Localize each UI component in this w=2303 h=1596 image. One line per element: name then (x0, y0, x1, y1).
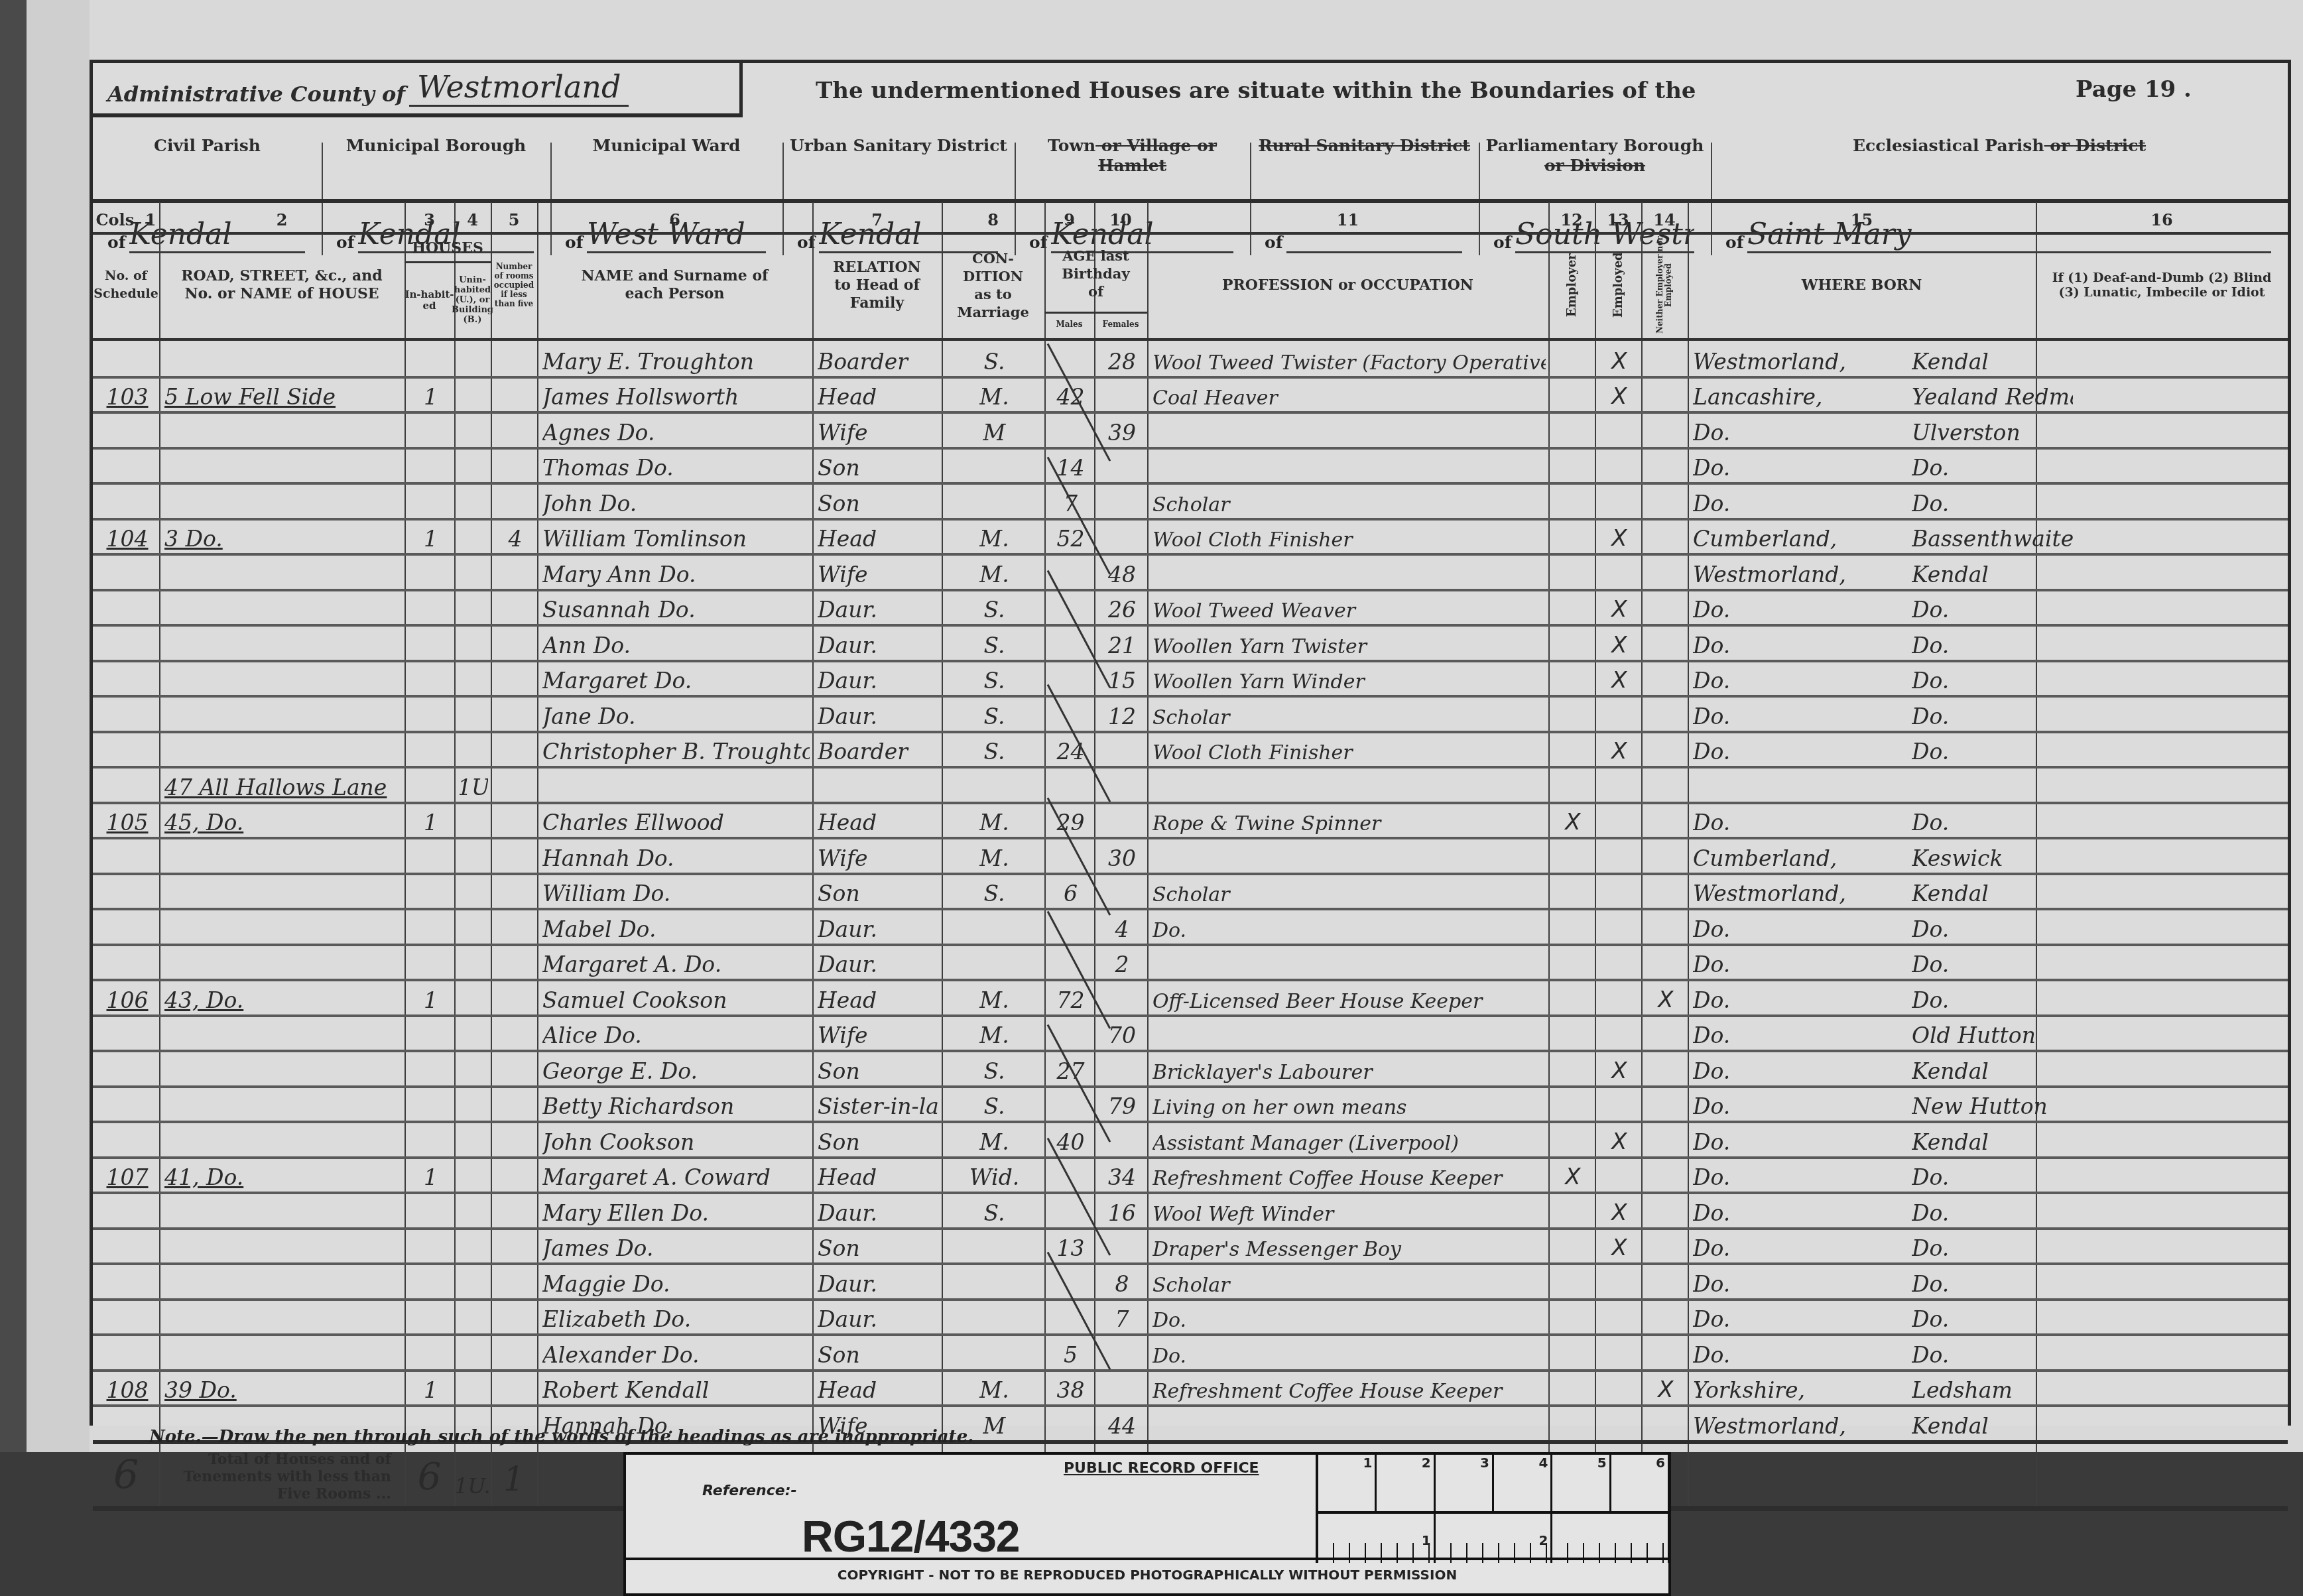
header-condition: CON-DITION as to Marriage (942, 235, 1044, 335)
male-age (1050, 1017, 1091, 1053)
occupation (1152, 414, 1546, 450)
male-age: 72 (1050, 981, 1091, 1017)
occupation (1152, 768, 1546, 804)
male-age: 42 (1050, 379, 1091, 414)
employer-mark (1554, 946, 1592, 982)
ruler-inch-mark: 2 (1436, 1514, 1553, 1563)
birth-county: Cumberland, (1693, 839, 1904, 875)
census-form: Administrative County of Westmorland The… (90, 60, 2291, 1426)
relation-to-head: Son (818, 1052, 939, 1088)
column-number: 11 (1147, 210, 1548, 229)
neither-mark (1647, 804, 1685, 840)
uninhabited-mark (460, 839, 488, 875)
male-age: 38 (1050, 1372, 1091, 1408)
uninhabited-mark (460, 343, 488, 379)
employer-mark (1554, 379, 1592, 414)
marital-condition (947, 1265, 1042, 1301)
relation-to-head: Daur. (818, 1265, 939, 1301)
employer-mark (1554, 733, 1592, 769)
schedule-number (98, 1194, 156, 1230)
birth-county: Do. (1693, 414, 1904, 450)
male-age (1050, 1301, 1091, 1337)
employer-mark (1554, 1230, 1592, 1266)
birth-place: Do. (1912, 450, 2073, 485)
neither-mark (1647, 662, 1685, 698)
neither-mark (1647, 1407, 1685, 1443)
table-row: 10839 Do.1Robert KendallHeadM.38Refreshm… (93, 1372, 2288, 1408)
marital-condition: M. (947, 804, 1042, 840)
uninhabited-mark (460, 1123, 488, 1159)
rooms-count (496, 910, 534, 946)
schedule-number (98, 662, 156, 698)
rooms-count (496, 946, 534, 982)
rooms-count (496, 768, 534, 804)
uninhabited-mark (460, 1017, 488, 1053)
employer-mark (1554, 627, 1592, 662)
uninhabited-mark (460, 450, 488, 485)
person-name: William Tomlinson (542, 521, 810, 556)
inhabited-count (410, 839, 452, 875)
marital-condition (947, 1301, 1042, 1337)
schedule-number: 103 (98, 379, 156, 414)
inhabited-count (410, 1194, 452, 1230)
table-row: Mary Ann Do.WifeM.48Westmorland,Kendal (93, 556, 2288, 591)
employed-mark (1600, 1265, 1639, 1301)
person-name: Alice Do. (542, 1017, 810, 1053)
relation-to-head: Head (818, 1159, 939, 1195)
rooms-count (496, 1301, 534, 1337)
road-address (164, 875, 402, 911)
total-rooms: 1 (491, 1449, 537, 1503)
road-address: 5 Low Fell Side (164, 379, 402, 414)
inhabited-count (410, 698, 452, 733)
footnote: Note.—Draw the pen through such of the w… (149, 1427, 973, 1447)
employer-mark (1554, 1407, 1592, 1443)
ruler-cm-mark: 6 (1611, 1455, 1670, 1511)
person-name: Mary E. Troughton (542, 343, 810, 379)
birth-place: Do. (1912, 591, 2073, 627)
person-name: Mary Ann Do. (542, 556, 810, 591)
marital-condition: M. (947, 839, 1042, 875)
employer-mark (1554, 414, 1592, 450)
employed-mark (1600, 556, 1639, 591)
column-number: Cols. 1 (93, 210, 159, 229)
birth-county: Do. (1693, 485, 1904, 521)
table-row: Mary E. TroughtonBoarderS.28Wool Tweed T… (93, 343, 2288, 379)
occupation: Wool Tweed Twister (Factory Operative) (1152, 343, 1546, 379)
inhabited-count (410, 662, 452, 698)
boundary-label-text: Ecclesiastical Parish (1853, 136, 2044, 155)
rooms-count: 4 (496, 521, 534, 556)
inhabited-count (410, 768, 452, 804)
birth-county: Westmorland, (1693, 1407, 1904, 1443)
boundary-label-text: Municipal Borough (346, 136, 527, 155)
schedule-number (98, 1265, 156, 1301)
census-table: Cols. 12345678910111213141516No. of Sche… (93, 202, 2288, 1509)
relation-to-head: Daur. (818, 946, 939, 982)
occupation: Wool Cloth Finisher (1152, 733, 1546, 769)
employer-mark (1554, 591, 1592, 627)
person-name: Mabel Do. (542, 910, 810, 946)
schedule-number: 104 (98, 521, 156, 556)
employed-mark (1600, 1407, 1639, 1443)
employer-mark (1554, 1088, 1592, 1124)
relation-to-head: Wife (818, 1017, 939, 1053)
table-row: Margaret A. Do.Daur.2Do.Do. (93, 946, 2288, 982)
inhabited-count (410, 450, 452, 485)
employed-mark (1600, 804, 1639, 840)
employed-mark (1600, 1336, 1639, 1372)
female-age (1099, 379, 1145, 414)
male-age: 24 (1050, 733, 1091, 769)
occupation: Living on her own means (1152, 1088, 1546, 1124)
birth-county: Westmorland, (1693, 556, 1904, 591)
male-age: 13 (1050, 1230, 1091, 1266)
male-age: 6 (1050, 875, 1091, 911)
road-address: 47 All Hallows Lane (164, 768, 402, 804)
birth-place: Kendal (1912, 1052, 2073, 1088)
birth-place (1912, 768, 2073, 804)
occupation: Woollen Yarn Twister (1152, 627, 1546, 662)
employer-mark (1554, 1052, 1592, 1088)
employed-mark (1600, 946, 1639, 982)
employed-mark: X (1600, 1052, 1639, 1088)
employed-mark (1600, 910, 1639, 946)
employer-mark (1554, 521, 1592, 556)
reference-label: Reference:- (702, 1483, 797, 1499)
marital-condition: M. (947, 1123, 1042, 1159)
birth-place: Keswick (1912, 839, 2073, 875)
table-row: Betty RichardsonSister-in-lawS.79Living … (93, 1088, 2288, 1124)
birth-place: Bassenthwaite (1912, 521, 2073, 556)
birth-county (1693, 768, 1904, 804)
person-name: Alexander Do. (542, 1336, 810, 1372)
birth-place: Ulverston (1912, 414, 2073, 450)
occupation (1152, 450, 1546, 485)
boundary-label-text: Municipal Ward (593, 136, 741, 155)
inhabited-count (410, 627, 452, 662)
column-number: 13 (1595, 210, 1641, 229)
uninhabited-mark (460, 1052, 488, 1088)
birth-county: Do. (1693, 1336, 1904, 1372)
county-label: Administrative County of (107, 82, 405, 107)
person-name: Charles Ellwood (542, 804, 810, 840)
boundary-label: Municipal Ward (550, 136, 782, 156)
road-address: 41, Do. (164, 1159, 402, 1195)
neither-mark (1647, 591, 1685, 627)
table-row: Elizabeth Do.Daur.7Do.Do.Do. (93, 1301, 2288, 1337)
person-name: Hannah Do. (542, 839, 810, 875)
schedule-number (98, 450, 156, 485)
boundary-label-text: Urban Sanitary District (790, 136, 1007, 155)
scale-ruler: 123456 12 (1316, 1455, 1670, 1563)
column-number: 16 (2036, 210, 2288, 229)
neither-mark (1647, 1301, 1685, 1337)
table-row: Ann Do.Daur.S.21Woollen Yarn TwisterXDo.… (93, 627, 2288, 662)
table-row: Alice Do.WifeM.70Do.Old Hutton (93, 1017, 2288, 1053)
female-age (1099, 768, 1145, 804)
column-number: 14 (1641, 210, 1688, 229)
birth-place: Do. (1912, 1194, 2073, 1230)
relation-to-head: Son (818, 1123, 939, 1159)
occupation (1152, 1017, 1546, 1053)
relation-to-head: Head (818, 981, 939, 1017)
employer-mark (1554, 1194, 1592, 1230)
employer-mark (1554, 875, 1592, 911)
road-address (164, 1088, 402, 1124)
ruler-inch-mark (1552, 1514, 1670, 1563)
header-relation: RELATION to Head of Family (812, 235, 942, 335)
birth-county: Do. (1693, 1194, 1904, 1230)
person-name: George E. Do. (542, 1052, 810, 1088)
column-number: 4 (454, 210, 491, 229)
rooms-count (496, 981, 534, 1017)
marital-condition: M. (947, 521, 1042, 556)
header-rooms: Number of rooms occupied if less than fi… (491, 235, 537, 335)
birth-place: Do. (1912, 1301, 2073, 1337)
employer-mark (1554, 1372, 1592, 1408)
relation-to-head: Daur. (818, 910, 939, 946)
marital-condition: S. (947, 1194, 1042, 1230)
employed-mark (1600, 414, 1639, 450)
marital-condition: Wid. (947, 1159, 1042, 1195)
female-age (1099, 981, 1145, 1017)
table-row: Maggie Do.Daur.8ScholarDo.Do. (93, 1265, 2288, 1301)
schedule-number (98, 485, 156, 521)
birth-place: Do. (1912, 946, 2073, 982)
uninhabited-mark (460, 804, 488, 840)
reference-slip: PUBLIC RECORD OFFICE Reference:- RG12/43… (623, 1452, 1671, 1596)
male-age (1050, 414, 1091, 450)
uninhabited-mark (460, 1194, 488, 1230)
relation-to-head: Head (818, 521, 939, 556)
employed-mark (1600, 839, 1639, 875)
male-age (1050, 591, 1091, 627)
reference-number: RG12/4332 (802, 1511, 1020, 1562)
birth-county: Westmorland, (1693, 343, 1904, 379)
schedule-number: 106 (98, 981, 156, 1017)
employed-mark: X (1600, 343, 1639, 379)
person-name: Jane Do. (542, 698, 810, 733)
employer-mark (1554, 343, 1592, 379)
table-row: Susannah Do.Daur.S.26Wool Tweed WeaverXD… (93, 591, 2288, 627)
census-page: 85 Administrative County of Westmorland … (0, 0, 2303, 1452)
occupation: Rope & Twine Spinner (1152, 804, 1546, 840)
schedule-number (98, 875, 156, 911)
rooms-count (496, 591, 534, 627)
occupation: Bricklayer's Labourer (1152, 1052, 1546, 1088)
neither-mark (1647, 521, 1685, 556)
relation-to-head: Wife (818, 556, 939, 591)
column-number: 5 (491, 210, 537, 229)
employed-mark (1600, 981, 1639, 1017)
female-age (1099, 1372, 1145, 1408)
ruler-cm-mark: 2 (1377, 1455, 1435, 1511)
road-address: 43, Do. (164, 981, 402, 1017)
rooms-count (496, 662, 534, 698)
inhabited-count (410, 591, 452, 627)
inhabited-count (410, 485, 452, 521)
table-row: Mabel Do.Daur.4Do.Do.Do. (93, 910, 2288, 946)
person-name: Ann Do. (542, 627, 810, 662)
schedule-number (98, 1017, 156, 1053)
birth-county: Do. (1693, 804, 1904, 840)
birth-place: Do. (1912, 1230, 2073, 1266)
relation-to-head: Daur. (818, 1301, 939, 1337)
male-age (1050, 662, 1091, 698)
uninhabited-mark (460, 875, 488, 911)
neither-mark (1647, 1052, 1685, 1088)
boundary-label-struck: or District (2044, 136, 2147, 155)
occupation: Draper's Messenger Boy (1152, 1230, 1546, 1266)
marital-condition: M (947, 414, 1042, 450)
schedule-number (98, 1407, 156, 1443)
boundary-label: Rural Sanitary District (1250, 136, 1479, 156)
birth-county: Do. (1693, 1017, 1904, 1053)
employer-mark: X (1554, 804, 1592, 840)
employer-mark (1554, 1265, 1592, 1301)
neither-mark (1647, 875, 1685, 911)
boundary-label-text: Civil Parish (154, 136, 261, 155)
road-address (164, 1336, 402, 1372)
person-name: John Do. (542, 485, 810, 521)
inhabited-count: 1 (410, 1372, 452, 1408)
neither-mark (1647, 379, 1685, 414)
marital-condition: S. (947, 733, 1042, 769)
uninhabited-mark (460, 556, 488, 591)
road-address (164, 450, 402, 485)
employer-mark (1554, 556, 1592, 591)
ruler-inch-mark: 1 (1318, 1514, 1436, 1563)
female-age: 8 (1099, 1265, 1145, 1301)
neither-mark (1647, 1088, 1685, 1124)
uninhabited-mark (460, 414, 488, 450)
relation-to-head: Head (818, 804, 939, 840)
rooms-count (496, 839, 534, 875)
birth-place: Do. (1912, 804, 2073, 840)
table-row: John CooksonSonM.40Assistant Manager (Li… (93, 1123, 2288, 1159)
column-number: 2 (159, 210, 405, 229)
occupation: Refreshment Coffee House Keeper (1152, 1159, 1546, 1195)
total-uninhabited: 1U. (454, 1449, 491, 1503)
birth-place: Do. (1912, 1265, 2073, 1301)
total-inhabited: 6 (405, 1449, 454, 1503)
road-address (164, 839, 402, 875)
female-age: 12 (1099, 698, 1145, 733)
female-age: 16 (1099, 1194, 1145, 1230)
birth-county: Do. (1693, 1159, 1904, 1195)
neither-mark (1647, 1159, 1685, 1195)
occupation: Do. (1152, 910, 1546, 946)
occupation: Coal Heaver (1152, 379, 1546, 414)
table-row: Thomas Do.Son14Do.Do. (93, 450, 2288, 485)
employed-mark: X (1600, 627, 1639, 662)
rooms-count (496, 733, 534, 769)
table-row: Margaret Do.Daur.S.15Woollen Yarn Winder… (93, 662, 2288, 698)
person-name: Margaret A. Coward (542, 1159, 810, 1195)
page-margin (27, 0, 90, 1452)
female-age: 39 (1099, 414, 1145, 450)
female-age: 30 (1099, 839, 1145, 875)
marital-condition: S. (947, 1088, 1042, 1124)
marital-condition (947, 1230, 1042, 1266)
relation-to-head (818, 768, 939, 804)
rooms-count (496, 1088, 534, 1124)
neither-mark (1647, 946, 1685, 982)
marital-condition: M. (947, 981, 1042, 1017)
schedule-number: 108 (98, 1372, 156, 1408)
inhabited-count: 1 (410, 981, 452, 1017)
female-age: 28 (1099, 343, 1145, 379)
occupation: Refreshment Coffee House Keeper (1152, 1372, 1546, 1408)
header-neither: Neither Employer nor Employed (1641, 235, 1688, 335)
employer-mark (1554, 839, 1592, 875)
total-schedules: 6 (93, 1449, 159, 1503)
uninhabited-mark: 1U (460, 768, 488, 804)
boundary-label-struck: Rural Sanitary District (1259, 136, 1470, 155)
column-number: 15 (1688, 210, 2036, 229)
schedule-number (98, 1336, 156, 1372)
female-age (1099, 1052, 1145, 1088)
occupation (1152, 556, 1546, 591)
schedule-number: 105 (98, 804, 156, 840)
inhabited-count: 1 (410, 804, 452, 840)
neither-mark (1647, 1194, 1685, 1230)
female-age: 79 (1099, 1088, 1145, 1124)
schedule-number (98, 343, 156, 379)
neither-mark (1647, 1336, 1685, 1372)
neither-mark (1647, 1265, 1685, 1301)
road-address (164, 1052, 402, 1088)
marital-condition: M. (947, 379, 1042, 414)
road-address (164, 1123, 402, 1159)
male-age (1050, 1159, 1091, 1195)
birth-place: Kendal (1912, 1407, 2073, 1443)
birth-county: Do. (1693, 627, 1904, 662)
person-name: Samuel Cookson (542, 981, 810, 1017)
female-age (1099, 1123, 1145, 1159)
relation-to-head: Wife (818, 839, 939, 875)
boundary-label-text: Parliamentary Borough (1486, 136, 1704, 155)
schedule-number (98, 910, 156, 946)
road-address (164, 698, 402, 733)
road-address (164, 591, 402, 627)
rooms-count (496, 556, 534, 591)
female-age: 26 (1099, 591, 1145, 627)
female-age (1099, 804, 1145, 840)
employed-mark (1600, 1301, 1639, 1337)
table-row: 10643, Do.1Samuel CooksonHeadM.72Off-Lic… (93, 981, 2288, 1017)
uninhabited-mark (460, 1301, 488, 1337)
person-name: Christopher B. Troughton (542, 733, 810, 769)
person-name: James Hollsworth (542, 379, 810, 414)
header-houses: HOUSES (405, 235, 491, 263)
header-inhabited: In-habit-ed (405, 265, 454, 335)
female-age (1099, 875, 1145, 911)
marital-condition: M. (947, 1372, 1042, 1408)
birth-county: Do. (1693, 1265, 1904, 1301)
schedule-number (98, 1088, 156, 1124)
marital-condition (947, 946, 1042, 982)
schedule-number (98, 733, 156, 769)
uninhabited-mark (460, 1336, 488, 1372)
column-number: 10 (1094, 210, 1147, 229)
marital-condition: S. (947, 875, 1042, 911)
schedule-number (98, 1230, 156, 1266)
male-age (1050, 946, 1091, 982)
employed-mark (1600, 1372, 1639, 1408)
uninhabited-mark (460, 1372, 488, 1408)
